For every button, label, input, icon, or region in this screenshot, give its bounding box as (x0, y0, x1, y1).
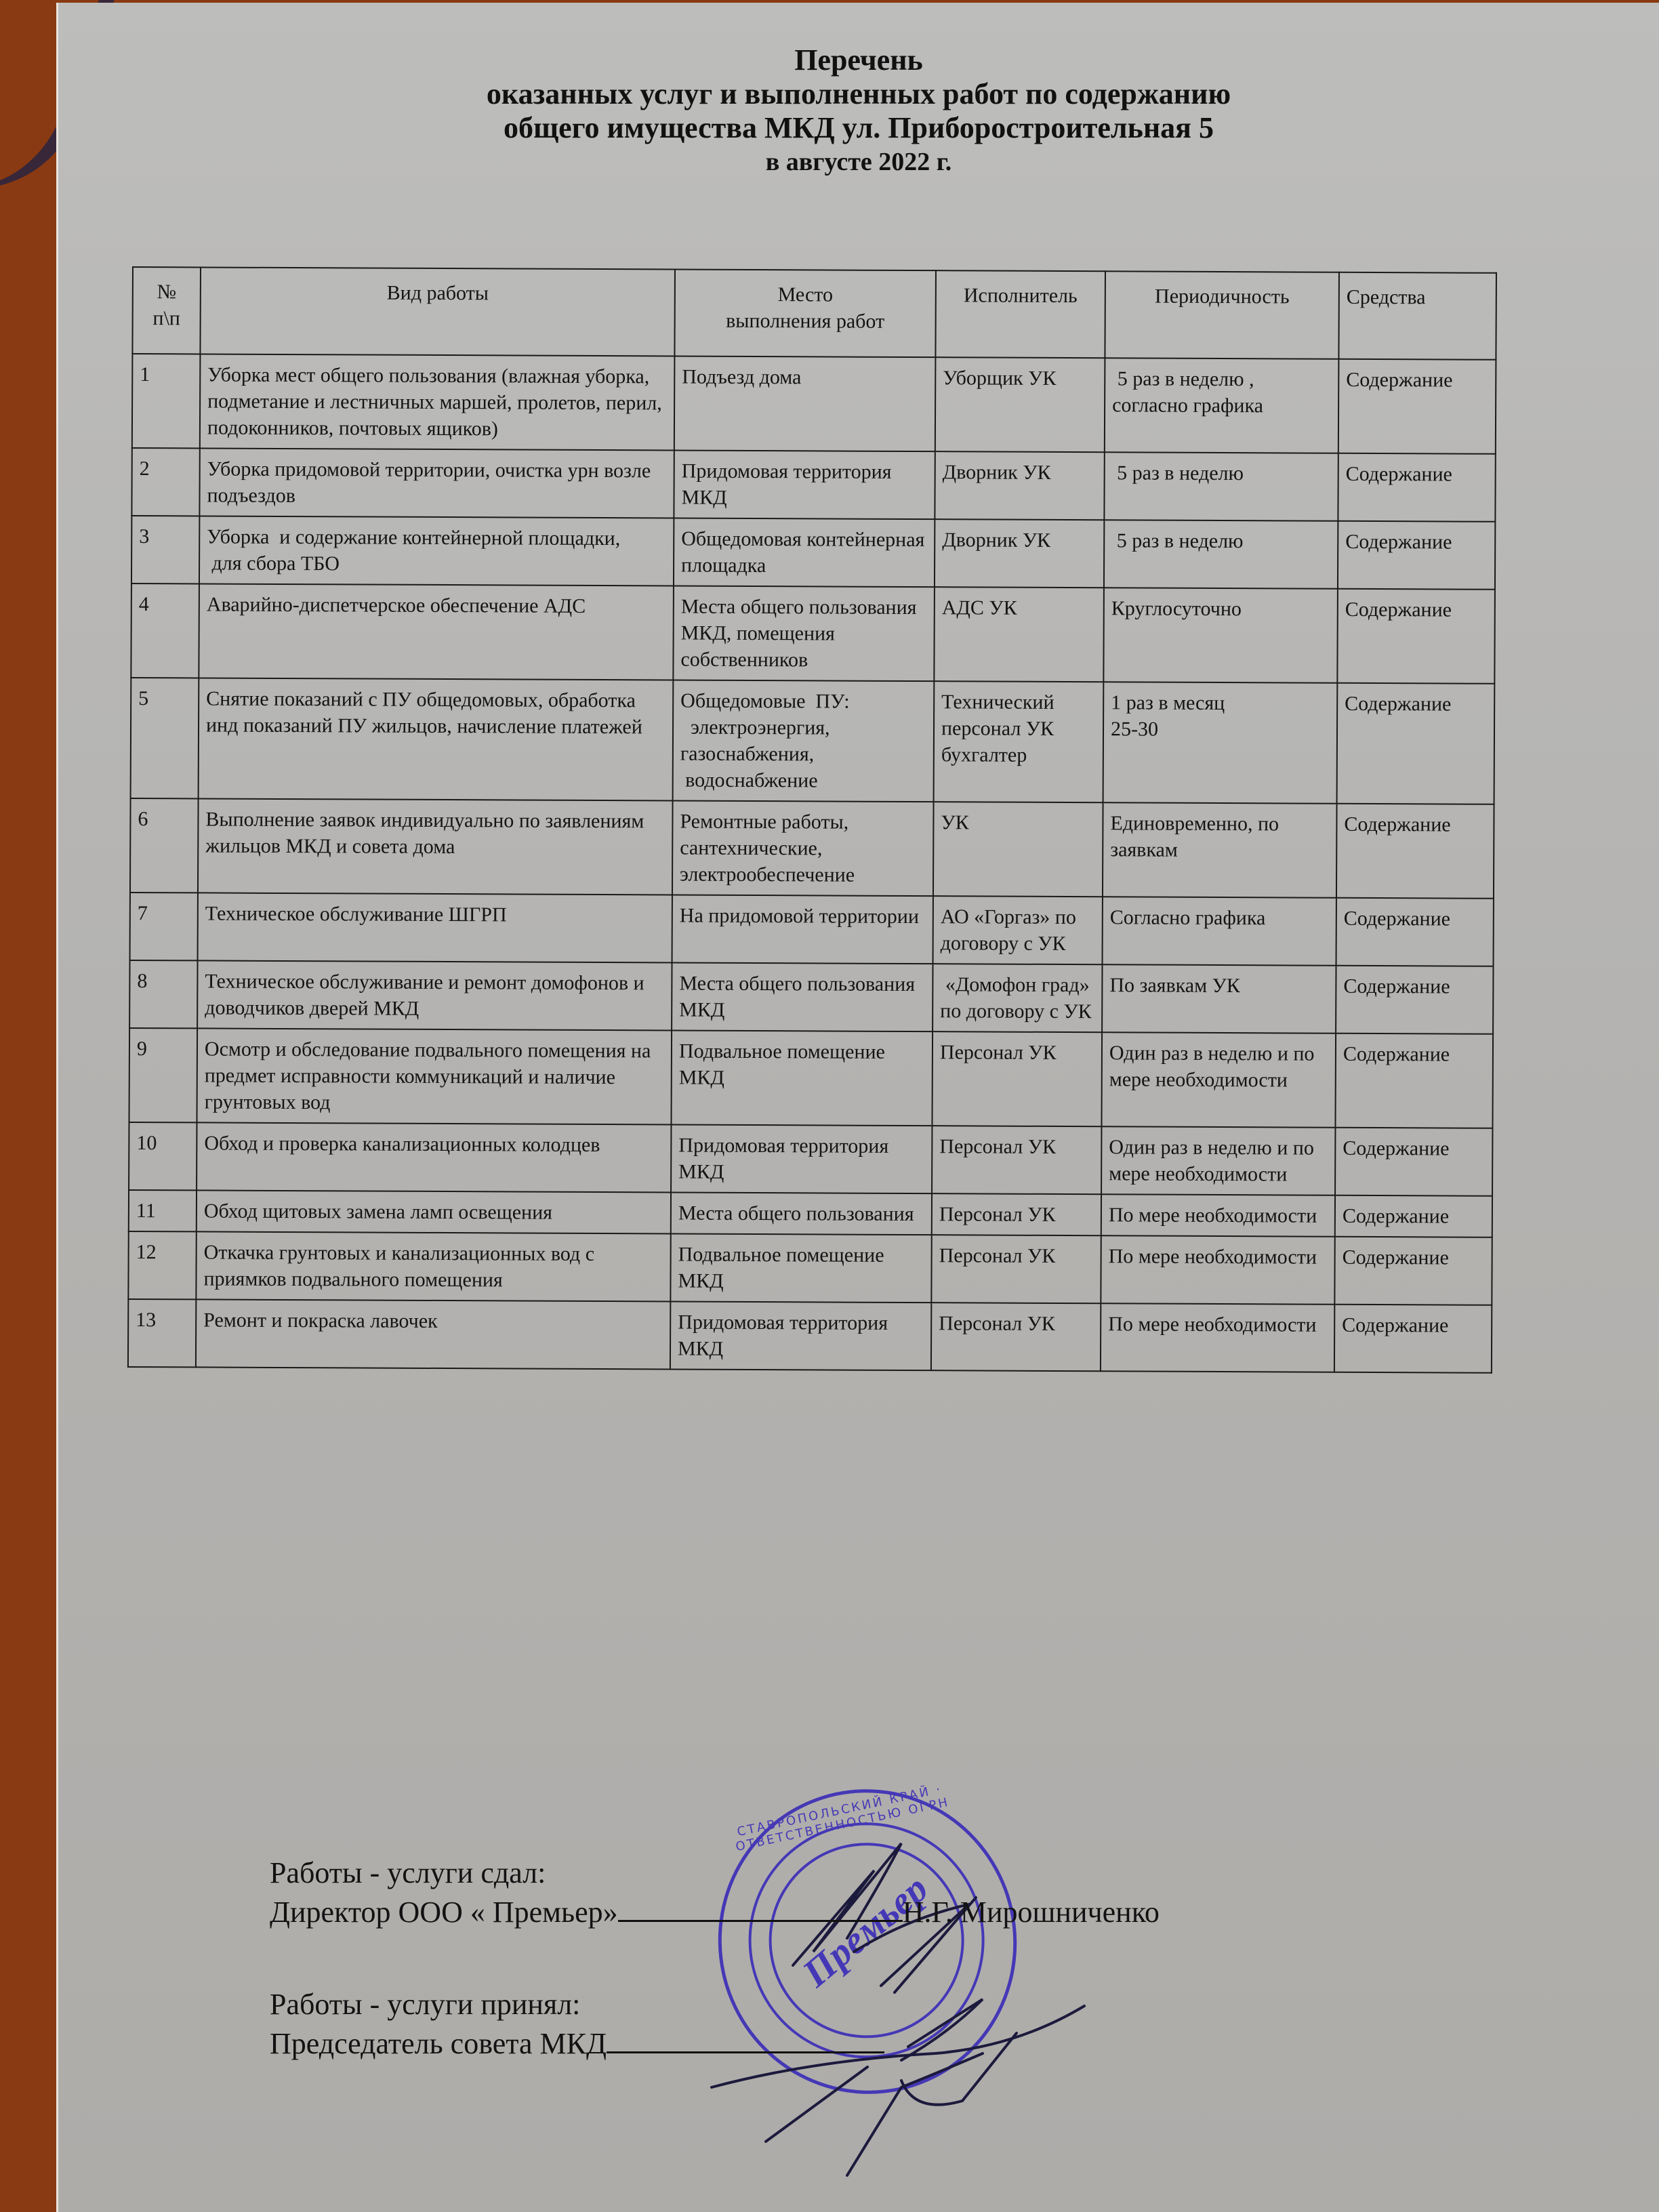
title-line-2: оказанных услуг и выполненных работ по с… (58, 77, 1659, 111)
cell-periodicity: По мере необходимости (1101, 1194, 1335, 1237)
cell-executor: Технический персонал УК бухгалтер (934, 681, 1104, 802)
cell-periodicity: Согласно графика (1103, 897, 1336, 966)
cell-work: Аварийно-диспетчерское обеспечение АДС (199, 583, 674, 680)
cell-periodicity: Один раз в неделю и по мере необходимост… (1101, 1032, 1336, 1128)
table-row: 1Уборка мест общего пользования (влажная… (132, 354, 1496, 454)
cell-work: Техническое обслуживание ШГРП (198, 893, 672, 962)
table-row: 11Обход щитовых замена ламп освещенияМес… (129, 1190, 1492, 1237)
cell-work: Уборка мест общего пользования (влажная … (200, 354, 675, 450)
cell-periodicity: По мере необходимости (1101, 1235, 1334, 1305)
cell-num: 12 (128, 1231, 196, 1299)
header-periodicity: Периодичность (1105, 271, 1339, 359)
table-row: 3Уборка и содержание контейнерной площад… (131, 516, 1495, 590)
document-title: Перечень оказанных услуг и выполненных р… (58, 43, 1659, 179)
cell-funds: Содержание (1335, 1195, 1492, 1237)
cell-funds: Содержание (1338, 359, 1496, 454)
table-row: 9Осмотр и обследование подвального помещ… (129, 1028, 1493, 1128)
handed-name: Н.Г. Мирошниченко (903, 1896, 1160, 1929)
cell-executor: Персонал УК (932, 1126, 1101, 1194)
cell-place: Общедомовые ПУ: электроэнергия, газоснаб… (673, 680, 935, 802)
table-row: 5Снятие показаний с ПУ общедомовых, обра… (131, 678, 1495, 804)
accepted-role: Председатель совета МКД (270, 2027, 607, 2060)
cell-funds: Содержание (1337, 683, 1495, 804)
table-header-row: № п\п Вид работы Место выполнения работ … (132, 267, 1496, 360)
cell-periodicity: Круглосуточно (1103, 588, 1338, 683)
cell-num: 13 (128, 1299, 196, 1367)
cell-place: Места общего пользования (671, 1192, 932, 1235)
cell-executor: АО «Горгаз» по договору с УК (933, 896, 1103, 964)
cell-funds: Содержание (1336, 898, 1494, 966)
cell-work: Обход и проверка канализационных колодце… (197, 1122, 671, 1192)
cell-place: Места общего пользования МКД, помещения … (673, 586, 935, 681)
cell-funds: Содержание (1337, 589, 1495, 684)
title-line-4: в августе 2022 г. (58, 145, 1659, 179)
accepted-label: Работы - услуги принял: (270, 1985, 1422, 2024)
cell-executor: УК (933, 802, 1103, 897)
cell-executor: Дворник УК (935, 451, 1104, 520)
cell-periodicity: Единовременно, по заявкам (1103, 802, 1337, 898)
cell-num: 10 (129, 1122, 197, 1190)
table-row: 4Аварийно-диспетчерское обеспечение АДСМ… (131, 583, 1495, 684)
cell-num: 11 (129, 1190, 197, 1231)
header-funds: Средства (1338, 272, 1496, 360)
cell-num: 2 (131, 448, 199, 516)
header-num: № п\п (132, 267, 201, 354)
accepted-signer-row: Председатель совета МКД (270, 2024, 1422, 2064)
table-body: 1Уборка мест общего пользования (влажная… (128, 354, 1496, 1373)
cell-funds: Содержание (1334, 1237, 1492, 1305)
cell-num: 6 (130, 798, 199, 893)
cell-executor: Персонал УК (932, 1193, 1101, 1235)
cell-executor: Дворник УК (935, 519, 1104, 588)
cell-num: 4 (131, 583, 199, 678)
cell-place: Места общего пользования МКД (672, 962, 933, 1031)
cell-place: Ремонтные работы, сантехнические, электр… (672, 800, 934, 896)
table-row: 6Выполнение заявок индивидуально по заяв… (130, 798, 1494, 899)
header-place: Место выполнения работ (674, 269, 936, 357)
handed-signer-row: Директор ООО « Премьер»Н.Г. Мирошниченко (270, 1893, 1422, 1932)
cell-work: Выполнение заявок индивидуально по заявл… (198, 798, 673, 895)
cell-place: Придомовая территория МКД (671, 1124, 932, 1193)
cell-num: 8 (129, 960, 197, 1028)
handed-label: Работы - услуги сдал: (270, 1853, 1422, 1893)
cell-funds: Содержание (1338, 521, 1495, 590)
cell-periodicity: 5 раз в неделю (1104, 452, 1338, 521)
cell-funds: Содержание (1336, 804, 1494, 899)
table-row: 7Техническое обслуживание ШГРПНа придомо… (130, 893, 1494, 966)
accepted-signature-line (607, 2024, 884, 2053)
cell-num: 1 (132, 354, 201, 448)
cell-place: Общедомовая контейнерная площадка (674, 518, 935, 587)
title-line-1: Перечень (58, 43, 1659, 77)
cell-num: 9 (129, 1028, 197, 1122)
cell-place: Придомовая территория МКД (670, 1301, 931, 1370)
cell-executor: АДС УК (934, 587, 1104, 682)
cell-periodicity: По мере необходимости (1101, 1303, 1334, 1372)
cell-work: Ремонт и покраска лавочек (196, 1299, 670, 1369)
cell-work: Техническое обслуживание и ремонт домофо… (197, 960, 672, 1030)
cell-executor: Персонал УК (931, 1235, 1101, 1303)
cell-periodicity: 1 раз в месяц 25-30 (1103, 682, 1338, 804)
cell-work: Откачка грунтовых и канализационных вод … (196, 1231, 670, 1301)
header-work: Вид работы (200, 267, 675, 356)
cell-funds: Содержание (1335, 1033, 1493, 1128)
cell-executor: Уборщик УК (935, 357, 1105, 452)
cell-work: Осмотр и обследование подвального помеще… (197, 1028, 672, 1124)
table-row: 13Ремонт и покраска лавочекПридомовая те… (128, 1299, 1492, 1373)
cell-executor: Персонал УК (931, 1303, 1101, 1371)
cell-work: Уборка и содержание контейнерной площадк… (199, 516, 674, 586)
works-table: № п\п Вид работы Место выполнения работ … (127, 266, 1497, 1374)
cell-periodicity: Один раз в неделю и по мере необходимост… (1101, 1126, 1335, 1195)
cell-executor: «Домофон град» по договору с УК (933, 964, 1102, 1032)
cell-funds: Содержание (1335, 1128, 1492, 1196)
cell-periodicity: 5 раз в неделю , согласно графика (1105, 358, 1339, 453)
cell-place: Подвальное помещение МКД (670, 1233, 931, 1303)
cell-work: Обход щитовых замена ламп освещения (197, 1190, 671, 1233)
cell-place: На придомовой территории (672, 895, 933, 964)
cell-funds: Содержание (1334, 1305, 1492, 1373)
cell-work: Снятие показаний с ПУ общедомовых, обраб… (199, 678, 674, 800)
cell-num: 3 (131, 516, 199, 583)
cell-place: Придомовая территория МКД (674, 450, 935, 519)
table-row: 10Обход и проверка канализационных колод… (129, 1122, 1492, 1196)
cell-num: 7 (130, 893, 198, 960)
signature-block: Работы - услуги сдал: Директор ООО « Пре… (270, 1853, 1422, 2064)
cell-periodicity: 5 раз в неделю (1104, 520, 1338, 589)
cell-funds: Содержание (1336, 966, 1493, 1034)
table-row: 8Техническое обслуживание и ремонт домоф… (129, 960, 1493, 1034)
cell-num: 5 (131, 678, 199, 798)
table-row: 12Откачка грунтовых и канализационных во… (128, 1231, 1492, 1305)
handed-signature-line (618, 1893, 903, 1922)
handed-role: Директор ООО « Премьер» (270, 1896, 618, 1929)
cell-place: Подъезд дома (674, 356, 936, 451)
title-line-3: общего имущества МКД ул. Приборостроител… (58, 111, 1659, 145)
cell-funds: Содержание (1338, 453, 1495, 522)
cell-work: Уборка придомовой территории, очистка ур… (199, 448, 674, 518)
cell-place: Подвальное помещение МКД (671, 1030, 933, 1126)
table-row: 2Уборка придомовой территории, очистка у… (131, 448, 1495, 522)
cell-periodicity: По заявкам УК (1102, 964, 1336, 1033)
header-executor: Исполнитель (935, 270, 1105, 358)
cell-executor: Персонал УК (932, 1031, 1102, 1126)
